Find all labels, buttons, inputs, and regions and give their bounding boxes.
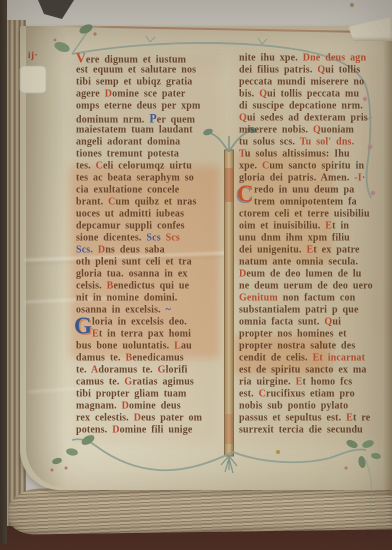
text-segment: eli celorumqz uirtu (103, 160, 192, 171)
text-line: Deum de deo lumen de lu (239, 268, 387, 280)
text-line: te. Adoramus te. Glorifi (76, 364, 224, 376)
text-segment: ui (332, 316, 341, 327)
text-segment: D (112, 424, 119, 435)
text-line: bus bone uoluntatis. Lau (76, 340, 224, 352)
text-segment: ui tollis (325, 64, 360, 75)
text-segment: trem omnipotentem fa (254, 196, 357, 207)
text-line: Tu solus altissimus: Ihu (239, 148, 387, 160)
text-column-right: nite ihu xpe. Dne deus agndei filius pat… (239, 52, 387, 436)
text-line: tiones tremunt potesta (76, 148, 224, 160)
text-line: peccata mundi miserere no (239, 76, 387, 88)
text-segment: au (181, 340, 192, 351)
text-line: cendit de celis. Et incarnat (239, 352, 387, 364)
text-segment: dei unigenitu. (239, 244, 307, 255)
vine-bud (65, 467, 68, 470)
text-segment: propter nos homines et (239, 328, 347, 339)
text-segment: tes ac beata seraphym so (76, 172, 194, 183)
text-segment: ns deus saba (105, 244, 165, 255)
text-segment: substantialem patri p que (239, 304, 359, 315)
text-segment: loria in excelsis deo. (92, 316, 187, 327)
text-segment: Dne deus agn (303, 52, 366, 63)
text-segment: est de spiritu sancto ex ma (239, 364, 367, 375)
text-line: est de spiritu sancto ex ma (239, 364, 387, 376)
text-segment: um sancto spiritu in (269, 160, 364, 171)
text-line: angeli adorant domina (76, 136, 224, 148)
text-line: nit in nomine domini. (76, 292, 224, 304)
text-line: nobis sub pontio pylato (239, 400, 387, 412)
text-segment: est. (239, 388, 259, 399)
text-line: di suscipe depcatione nrm. (239, 100, 387, 112)
text-segment: lorifi (166, 364, 188, 375)
text-segment: rucifixus etiam pro (266, 388, 355, 399)
text-segment: est equum et salutare nos (76, 64, 196, 75)
text-segment: redo in unu deum pa (254, 184, 354, 195)
text-line: propter nostra salute des (239, 340, 387, 352)
text-line: tes ac beata seraphym so (76, 172, 224, 184)
text-line: dei unigenitu. Et ex patre (239, 244, 387, 256)
text-line: nite ihu xpe. Dne deus agn (239, 52, 387, 64)
ivy-leaf (51, 457, 62, 465)
text-segment: Genitum (239, 292, 278, 303)
text-line: Et in terra pax homi (76, 328, 224, 340)
text-segment: tu solus scs. (239, 136, 300, 147)
text-segment: propter nostra salute des (239, 340, 355, 351)
text-segment: dei filius patris. (239, 64, 317, 75)
text-line: dei filius patris. Qui tollis (239, 64, 387, 76)
text-segment: E (92, 328, 99, 339)
text-segment: surrexit tercia die secundu (239, 424, 363, 435)
text-segment: Et incarnat (313, 352, 365, 363)
vine-bud (51, 469, 54, 472)
text-segment: D (134, 412, 141, 423)
text-segment: uoniam (321, 124, 354, 135)
text-line: unu dnm ihm xpm filiu (239, 232, 387, 244)
text-line: xpe. Cum sancto spiritu in (239, 160, 387, 172)
text-line: agere Domine sce pater (76, 88, 224, 100)
text-segment: ratias agimus (132, 376, 194, 387)
text-segment: eus pater om (141, 412, 202, 423)
text-segment: potens. (76, 424, 112, 435)
text-segment: ~ (166, 304, 171, 315)
text-line: Scs. Dns deus saba (76, 244, 224, 256)
text-segment: omine deus (129, 400, 181, 411)
text-segment: bis. (239, 88, 259, 99)
text-line: Vere dignum et iustum (76, 52, 224, 64)
repair-patch (20, 66, 46, 93)
text-line: maiestatem tuam laudant (76, 124, 224, 136)
text-line: surrexit tercia die secundu (239, 424, 387, 436)
text-segment: depcamur suppli confes (76, 220, 185, 231)
text-segment: uoces ut admitti iubeas (76, 208, 184, 219)
text-segment: agere (76, 88, 105, 99)
text-segment: brant. (76, 196, 108, 207)
text-segment: nobis sub pontio pylato (239, 400, 348, 411)
text-segment: Tu sol' dns. (300, 136, 354, 147)
text-segment: eum de deo lumen de lu (246, 268, 361, 279)
text-line: ne deum uerum de deo uero (239, 280, 387, 292)
text-segment: natum ante omnia secula. (239, 256, 358, 267)
text-segment: Q (313, 124, 321, 135)
text-line: cia exultatione concele (76, 184, 224, 196)
text-segment: t in terra pax homi (99, 328, 191, 339)
text-line: omnia facta sunt. Qui (239, 316, 387, 328)
text-line: Genitum non factum con (239, 292, 387, 304)
text-segment: passus et sepultus est. (239, 412, 346, 423)
text-line: osanna in excelsis. ~ (76, 304, 224, 316)
text-segment: u solus altissimus: Ihu (245, 148, 350, 159)
text-segment: camus te. (76, 376, 124, 387)
text-segment: C (96, 160, 103, 171)
ivy-leaf (65, 448, 78, 457)
text-segment: t re (353, 412, 370, 423)
text-segment: di suscipe depcatione nrm. (239, 100, 363, 111)
text-segment: tes. (76, 160, 96, 171)
text-line: ria uirgine. Et homo fcs (239, 376, 387, 388)
text-line: magnam. Domine deus (76, 400, 224, 412)
text-segment: t ex patre (313, 244, 359, 255)
text-segment: omine sce pater (112, 88, 185, 99)
bar-thorn-knot (221, 456, 237, 473)
text-line: est equum et salutare nos (76, 64, 224, 76)
text-segment: damus te. (76, 352, 126, 363)
text-segment: tibi propter gliam tuam (76, 388, 187, 399)
gold-fleck (350, 3, 354, 7)
text-segment: Scs (166, 232, 180, 243)
text-segment: ria uirgine. (239, 376, 296, 387)
text-segment: C (108, 196, 115, 207)
ivy-leaf (358, 455, 367, 468)
vine-bud (345, 467, 348, 470)
text-segment: doramus te. (98, 364, 157, 375)
text-segment: cia exultatione concele (76, 184, 179, 195)
text-segment: G (158, 364, 166, 375)
text-segment: bus bone uoluntatis. (76, 340, 174, 351)
text-line: tibi semp et ubiqz gratia (76, 76, 224, 88)
text-segment: miserere nobis. (239, 124, 313, 135)
text-line: Qui sedes ad dexteram pris (239, 112, 387, 124)
text-line: rex celestis. Deus pater om (76, 412, 224, 424)
ivy-leaf (371, 452, 382, 460)
text-line: damus te. Benedicamus (76, 352, 224, 364)
text-segment: t homo fcs (302, 376, 352, 387)
text-segment: nit in nomine domini. (76, 292, 177, 303)
vine-bud (54, 39, 57, 42)
text-line: propter nos homines et (239, 328, 387, 340)
text-line: potens. Domine fili unige (76, 424, 224, 436)
text-segment: enedicamus (132, 352, 184, 363)
text-line: ctorem celi et terre uisibiliu (239, 208, 387, 220)
text-line: bis. Qui tollis peccata mu (239, 88, 387, 100)
text-segment: E (346, 412, 353, 423)
text-line: gloria dei patris. Amen. -I· (239, 172, 387, 184)
text-line: uoces ut admitti iubeas (76, 208, 224, 220)
text-line: dominum nrm. Per quem (76, 112, 224, 124)
text-line: miserere nobis. Quoniam (239, 124, 387, 136)
text-segment: te. (76, 364, 91, 375)
text-segment: tiones tremunt potesta (76, 148, 179, 159)
text-line: natum ante omnia secula. (239, 256, 387, 268)
text-segment: peccata mundi miserere no (239, 76, 364, 87)
text-line: depcamur suppli confes (76, 220, 224, 232)
text-segment: D (122, 400, 129, 411)
text-segment: oim et inuisibiliu. (239, 220, 325, 231)
text-segment: magnam. (76, 400, 122, 411)
vine-bud (93, 32, 96, 35)
text-line: passus et sepultus est. Et re (239, 412, 387, 424)
text-column-left: Vere dignum et iustumest equum et saluta… (76, 52, 224, 436)
text-segment: angeli adorant domina (76, 136, 180, 147)
text-segment: ui sedes ad dexteram pris (247, 112, 368, 123)
text-segment: ctorem celi et terre uisibiliu (239, 208, 370, 219)
text-line: brant. Cum quibz et nras (76, 196, 224, 208)
text-segment: oth pleni sunt celi et tra (76, 256, 192, 267)
text-segment: celsis. (76, 280, 107, 291)
text-line: tibi propter gliam tuam (76, 388, 224, 400)
text-segment: non factum con (278, 292, 355, 303)
text-segment: Q (259, 88, 267, 99)
text-line: oth pleni sunt celi et tra (76, 256, 224, 268)
text-line: tu solus scs. Tu sol' dns. (239, 136, 387, 148)
text-segment: omps eterne deus per xpm (76, 100, 200, 111)
text-segment: C (259, 388, 266, 399)
text-segment: maiestatem tuam laudant (76, 124, 193, 135)
text-segment: tibi semp et ubiqz gratia (76, 76, 192, 87)
text-segment: omnia facta sunt. (239, 316, 324, 327)
text-line: gloria tua. osanna in ex (76, 268, 224, 280)
text-segment: L (174, 340, 181, 351)
text-segment: ne deum uerum de deo uero (239, 280, 373, 291)
text-segment: cendit de celis. (239, 352, 313, 363)
text-segment: rex celestis. (76, 412, 134, 423)
text-segment: um quibz et nras (116, 196, 197, 207)
text-segment: omine fili unige (120, 424, 193, 435)
ivy-leaf (53, 40, 71, 54)
text-segment: -I· (354, 172, 365, 183)
folio-number: ij· (28, 50, 38, 60)
text-line: substantialem patri p que (239, 304, 387, 316)
text-segment: sione dicentes. (76, 232, 146, 243)
text-line: oim et inuisibiliu. Et in (239, 220, 387, 232)
text-segment: xpe. (239, 160, 262, 171)
photo-of-illuminated-manuscript: { "page": { "description": "Illuminated … (0, 0, 392, 550)
text-segment: enedictus qui ue (113, 280, 189, 291)
text-line: sione dicentes. Scs Scs (76, 232, 224, 244)
text-line: tes. Celi celorumqz uirtu (76, 160, 224, 172)
text-line: trem omnipotentem fa (239, 196, 387, 208)
text-segment: unu dnm ihm xpm filiu (239, 232, 350, 243)
text-segment: ui tollis peccata mu (267, 88, 359, 99)
gold-fleck (276, 450, 280, 454)
text-line: est. Crucifixus etiam pro (239, 388, 387, 400)
text-line: Gloria in excelsis deo. (76, 316, 224, 328)
text-segment: t in (332, 220, 349, 231)
text-segment: Scs (146, 232, 165, 243)
text-segment: Q (239, 112, 247, 123)
text-line: celsis. Benedictus qui ue (76, 280, 224, 292)
text-segment: Scs. (76, 244, 98, 255)
text-segment: nite ihu xpe. (239, 52, 303, 63)
text-segment: gloria dei patris. Amen. (239, 172, 354, 183)
text-line: Credo in unu deum pa (239, 184, 387, 196)
text-segment: gloria tua. osanna in ex (76, 268, 188, 279)
text-line: camus te. Gratias agimus (76, 376, 224, 388)
bottom-vine-border (51, 433, 382, 514)
